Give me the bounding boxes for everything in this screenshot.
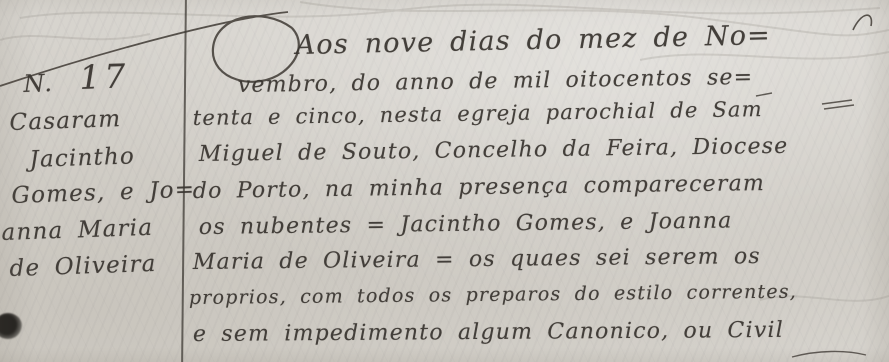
hyphen-underline-mark (756, 93, 772, 96)
body-line: Aos nove dias do mez de No= (295, 20, 771, 61)
body-line: do Porto, na minha presença compareceram (193, 171, 766, 204)
body-line: e sem impedimento algum Canonico, ou Civ… (193, 318, 784, 347)
body-line: proprios, com todos os preparos do estil… (189, 281, 797, 309)
margin-line: Casaram (9, 106, 122, 136)
manuscript-page: N. 17 Casaram Jacintho Gomes, e Jo= anna… (0, 0, 889, 362)
top-right-hook-flourish (853, 15, 871, 30)
ink-blot (0, 313, 22, 339)
body-line: vembro, do anno de mil oitocentos se= (238, 65, 754, 98)
margin-line: Gomes, e Jo= (11, 177, 196, 209)
record-number: 17 (79, 56, 130, 97)
body-line: os nubentes = Jacintho Gomes, e Joanna (199, 208, 733, 240)
body-line: tenta e cinco, nesta egreja parochial de… (193, 97, 763, 130)
record-number-symbol: N. (23, 69, 53, 98)
hyphen-underline-mark (824, 105, 854, 109)
body-line: Miguel de Souto, Concelho da Feira, Dioc… (199, 134, 789, 167)
margin-line-bride-name: anna Maria (1, 215, 154, 246)
hyphen-underline-mark (822, 100, 852, 104)
margin-line-groom-name: Jacintho (29, 143, 135, 173)
civil-underline-flourish (792, 351, 866, 357)
margin-line: de Oliveira (9, 251, 157, 282)
body-line: Maria de Oliveira = os quaes sei serem o… (193, 244, 761, 275)
